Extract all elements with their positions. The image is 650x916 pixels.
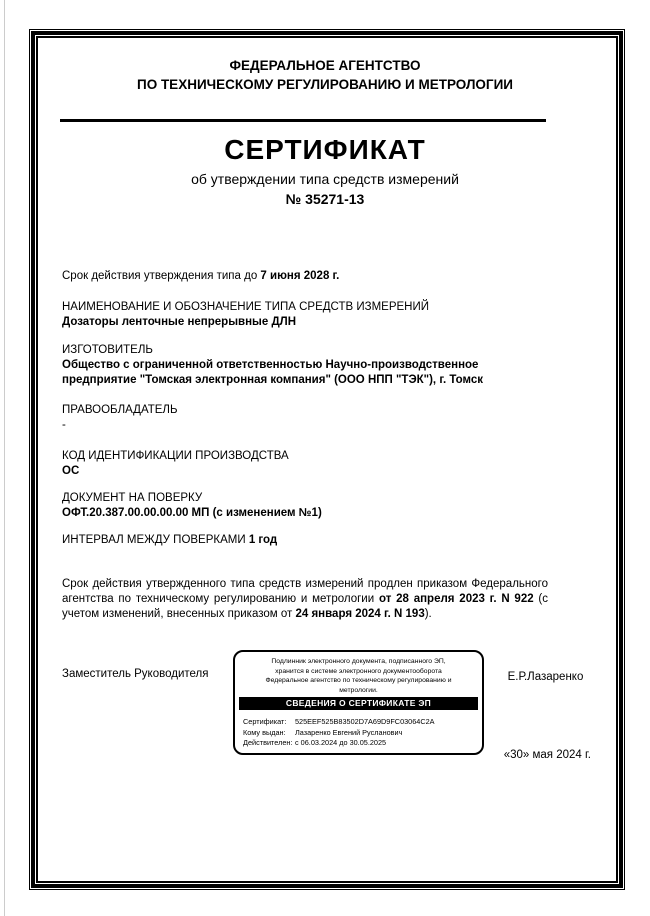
page-edge-line — [4, 0, 5, 916]
field-value: Общество с ограниченной ответственностью… — [62, 358, 548, 388]
stamp-valid-value: с 06.03.2024 до 30.05.2025 — [295, 738, 386, 747]
stamp-title-bar: СВЕДЕНИЯ О СЕРТИФИКАТЕ ЭП — [239, 697, 478, 710]
field-value: ОС — [62, 464, 548, 479]
extension-paragraph: Срок действия утвержденного типа средств… — [62, 577, 548, 622]
field-verification-document: ДОКУМЕНТ НА ПОВЕРКУ ОФТ.20.387.00.00.00.… — [62, 491, 548, 521]
stamp-certificate-value: 525EEF525B83502D7A69D9FC03064C2A — [295, 717, 435, 726]
stamp-valid-row: Действителен:с 06.03.2024 до 30.05.2025 — [243, 738, 482, 749]
validity-line: Срок действия утверждения типа до 7 июня… — [62, 269, 548, 284]
header-divider — [60, 119, 546, 122]
stamp-details: Сертификат:525EEF525B83502D7A69D9FC03064… — [235, 710, 482, 749]
stamp-certificate-label: Сертификат: — [243, 717, 295, 728]
stamp-issued-label: Кому выдан: — [243, 728, 295, 739]
extension-order-1: от 28 апреля 2023 г. N 922 — [379, 593, 534, 605]
field-value: 1 год — [249, 534, 277, 546]
certificate-number: № 35271-13 — [43, 191, 607, 207]
stamp-valid-label: Действителен: — [243, 738, 295, 749]
extension-text-3: ). — [425, 608, 432, 620]
agency-name-line1: ФЕДЕРАЛЬНОЕ АГЕНТСТВО — [43, 56, 607, 75]
field-value: - — [62, 418, 548, 433]
document-title: СЕРТИФИКАТ — [43, 134, 607, 166]
field-manufacturer: ИЗГОТОВИТЕЛЬ Общество с ограниченной отв… — [62, 343, 548, 388]
signer-position: Заместитель Руководителя — [62, 668, 208, 680]
field-label: ИЗГОТОВИТЕЛЬ — [62, 343, 548, 358]
electronic-signature-stamp: Подлинник электронного документа, подпис… — [233, 650, 484, 755]
stamp-issued-row: Кому выдан:Лазаренко Евгений Русланович — [243, 728, 482, 739]
agency-header: ФЕДЕРАЛЬНОЕ АГЕНТСТВО ПО ТЕХНИЧЕСКОМУ РЕ… — [43, 56, 607, 94]
stamp-header-line2: хранится в системе электронного документ… — [235, 667, 482, 677]
signature-date: «30» мая 2024 г. — [440, 749, 591, 761]
validity-prefix: Срок действия утверждения типа до — [62, 270, 260, 282]
field-label: НАИМЕНОВАНИЕ И ОБОЗНАЧЕНИЕ ТИПА СРЕДСТВ … — [62, 300, 548, 315]
certificate-page: ФЕДЕРАЛЬНОЕ АГЕНТСТВО ПО ТЕХНИЧЕСКОМУ РЕ… — [0, 0, 650, 916]
field-value: Дозаторы ленточные непрерывные ДЛН — [62, 315, 548, 330]
stamp-certificate-row: Сертификат:525EEF525B83502D7A69D9FC03064… — [243, 717, 482, 728]
field-value: ОФТ.20.387.00.00.00.00 МП (с изменением … — [62, 506, 548, 521]
stamp-header-line3: Федеральное агентство по техническому ре… — [235, 676, 482, 686]
extension-order-2: 24 января 2024 г. N 193 — [295, 608, 424, 620]
field-label: ДОКУМЕНТ НА ПОВЕРКУ — [62, 491, 548, 506]
field-production-code: КОД ИДЕНТИФИКАЦИИ ПРОИЗВОДСТВА ОС — [62, 449, 548, 479]
stamp-header: Подлинник электронного документа, подпис… — [235, 652, 482, 695]
agency-name-line2: ПО ТЕХНИЧЕСКОМУ РЕГУЛИРОВАНИЮ И МЕТРОЛОГ… — [43, 75, 607, 94]
stamp-header-line4: метрологии. — [235, 686, 482, 696]
document-subtitle: об утверждении типа средств измерений — [43, 171, 607, 187]
field-name-and-designation: НАИМЕНОВАНИЕ И ОБОЗНАЧЕНИЕ ТИПА СРЕДСТВ … — [62, 300, 548, 330]
signer-name: Е.Р.Лазаренко — [498, 671, 593, 683]
stamp-header-line1: Подлинник электронного документа, подпис… — [235, 657, 482, 667]
stamp-issued-value: Лазаренко Евгений Русланович — [295, 728, 402, 737]
field-rightsholder: ПРАВООБЛАДАТЕЛЬ - — [62, 403, 548, 433]
field-label: ПРАВООБЛАДАТЕЛЬ — [62, 403, 548, 418]
field-label: КОД ИДЕНТИФИКАЦИИ ПРОИЗВОДСТВА — [62, 449, 548, 464]
field-verification-interval: ИНТЕРВАЛ МЕЖДУ ПОВЕРКАМИ 1 год — [62, 533, 548, 548]
validity-date: 7 июня 2028 г. — [260, 270, 339, 282]
field-label: ИНТЕРВАЛ МЕЖДУ ПОВЕРКАМИ — [62, 534, 249, 546]
